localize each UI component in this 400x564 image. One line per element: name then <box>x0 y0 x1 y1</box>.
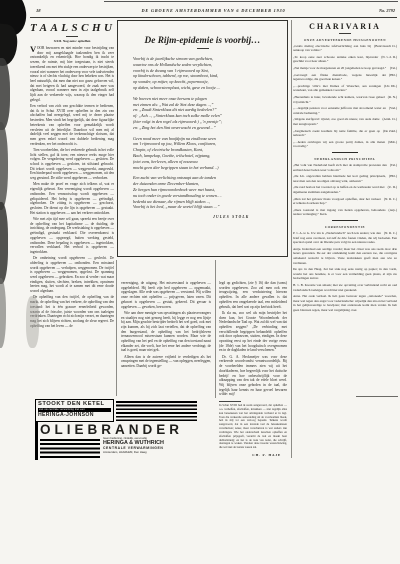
column-rule <box>291 20 292 458</box>
body-paragraph: Men make de proef en vrage zich telkens … <box>30 182 114 215</box>
taalschut-col3-paragraphs: legd op gedichten, (zie § 16) die dan (s… <box>219 281 287 399</box>
taalschut-column-2: vereeniging, de uitgang. Het misverstand… <box>121 281 211 395</box>
charivaria-column: CHARIVARIA ONZE ADVERTEERENDE HUISGENOOT… <box>293 22 397 460</box>
charivaria-item: (N. R. C.)P. v. A. te G. Uw zin is „Nede… <box>293 231 397 245</box>
body-paragraph: Tien voorbeelden, die het verkeerde gebr… <box>30 148 114 181</box>
charivaria-item: (R. N.)„Heerenhuis te huur, bevattende a… <box>293 95 397 104</box>
page-header: 18 DE GROENE AMSTERDAMMER VAN 6 DECEMBER… <box>30 6 397 17</box>
poem-title-dash <box>197 48 209 49</box>
item-quote: „…degelijk pension voor eenzame juffrouw… <box>293 106 386 115</box>
item-source: (U. D.) <box>385 185 397 190</box>
poem-line: Voorbij is het leed, „maar de wortel bli… <box>133 204 287 210</box>
charivaria-item: Anna. Het oude verhaal. Ik heb geen bezw… <box>293 294 397 312</box>
charivaria-item: (Tel.)„Het volk van Nederland heeft zich… <box>293 163 397 172</box>
poem-stanza: Een zucht van verlichting ontsnapt aan d… <box>133 175 287 210</box>
charivaria-item: (Utr. Db.)„…prachtige villa’s met Dames … <box>293 84 397 93</box>
ad-lower-block: OLIEBRANDER Geen bediening, zindelijk, e… <box>35 422 197 460</box>
item-quote: „…heden ontvingen wij een groote partij … <box>293 140 385 149</box>
top-edge-rule <box>104 1 398 2</box>
scan-artifact-blotch <box>0 278 6 348</box>
taalschut-column: TAALSCHUT XXII. Nog eens: opheffen VOOR … <box>30 22 114 393</box>
ad-brand-johnson: HERINGA-JOHNSON <box>38 412 111 418</box>
charivaria-section-items: (Bataviaasch Ct.)„Gratis meting electris… <box>293 44 397 150</box>
item-source: (Hbl.) <box>386 174 397 179</box>
taalschut-col1-paragraphs: Een verbod van zich van geschikte termen… <box>30 104 114 328</box>
poem-stanza: Geen nood meer van hoofdpijn na eindlooz… <box>133 136 287 171</box>
charivaria-item: (De Zuid.)„Jongmensch zoekt kosthuis bij… <box>293 129 397 138</box>
poem-box: De Rijm-epidemie is voorbij… Voorbij is … <box>117 20 288 257</box>
footnote-rule <box>219 401 241 402</box>
ad-top-row: STOOKT DEN KETEL van uw centrale verwarm… <box>35 399 197 422</box>
item-source: (Utr. Db.) <box>381 84 397 89</box>
body-paragraph: Een verbod van zich van geschikte termen… <box>30 104 114 146</box>
item-quote: „De raad besloot het voorstel op te heff… <box>293 185 385 194</box>
newspaper-page: 18 DE GROENE AMSTERDAMMER VAN 6 DECEMBER… <box>0 0 400 564</box>
item-source: (Bataviaasch Ct.) <box>371 44 397 49</box>
item-quote: „Het volk van Nederland heeft zich met d… <box>293 163 387 172</box>
footnote-text: In Schut XVIII had ik reeds aangevoerd, … <box>219 404 287 450</box>
item-source: (Tel.) <box>387 163 397 168</box>
ad-strip-label: van uw centrale verwarming met een <box>38 408 111 412</box>
charivaria-item: (U. D.)„De raad besloot het voorstel op … <box>293 185 397 194</box>
oliebrander-advertisement: STOOKT DEN KETEL van uw centrale verwarm… <box>35 399 197 463</box>
charivaria-section-header: NEDERLANDSCH PRINCIPIEEL <box>293 157 397 161</box>
poem-line: mocht geen dier begrippen staan in het v… <box>133 165 287 171</box>
ad-product-name: OLIEBRANDER <box>40 422 197 437</box>
body-paragraph: De opheffing van den twijfel, de opheffi… <box>30 295 114 328</box>
body-paragraph: Ik sla nu, zoo wel als mijn bestrijder h… <box>219 311 287 353</box>
charivaria-item: (N. R. C.)„Men zal het gebouw thans voor… <box>293 197 397 206</box>
charivaria-item: (Avp.)„Deze toestand is met ingang van h… <box>293 208 397 217</box>
charivaria-item: (Hbl.)„Gevraagd een flinke dienstbode, w… <box>293 73 397 82</box>
item-source: (Arnh. Ct.) <box>379 117 397 122</box>
charivaria-section-items: (N. R. C.)P. v. A. te G. Uw zin is „Nede… <box>293 231 397 313</box>
issue-number: No. 2792 <box>379 8 395 13</box>
item-quote: „Jongmensch zoekt kosthuis bij nette fam… <box>293 129 380 138</box>
item-source: (Msb.) <box>385 140 397 145</box>
poem-line: en: „Zing het den Sint onverwacht en gew… <box>133 125 287 131</box>
charivaria-title: CHARIVARIA <box>293 22 397 31</box>
charivaria-item: (N. v. d. D.)„Te koop eene zeer schoone … <box>293 55 397 64</box>
taalschut-subtitle: XXII. Nog eens: opheffen <box>30 39 114 43</box>
drop-cap: V <box>30 46 37 53</box>
charivaria-item: (Arnh. Ct.)„Wegens sterfgeval: rijwiel, … <box>293 117 397 126</box>
charivaria-section-items: (Tel.)„Het volk van Nederland heeft zich… <box>293 163 397 217</box>
title-dash <box>66 36 78 37</box>
item-quote: „Deze toestand is met ingang van heden o… <box>293 208 386 217</box>
body-paragraph: Wie aan deze menigte van opvattingen als… <box>121 311 211 353</box>
ad-cities: Amsterdam, HAARLEM, Den Haag <box>103 450 197 454</box>
column-rule <box>215 260 216 398</box>
charivaria-section-header: ONZE ADVERTEERENDE HUISGENOOTEN <box>293 38 397 42</box>
item-quote: „Te koop eene zeer schoone antieke eiken… <box>293 55 378 64</box>
poem-line: op daken, schoorsteenplaat, wicht, gave … <box>133 85 287 91</box>
body-paragraph: Dr. G. A. Heckmeijer was voor deze verke… <box>219 355 287 397</box>
scan-artifact-smudge <box>26 296 39 348</box>
item-quote: Anna. Het oude verhaal. Ik heb geen bezw… <box>293 294 397 312</box>
article-signature: CH. F. HAJE <box>219 453 281 457</box>
taalschut-column-3: legd op gedichten, (zie § 16) die dan (s… <box>219 281 287 473</box>
charivaria-dash <box>339 33 351 34</box>
body-paragraph: De omheining wordt opgeheven — geslecht.… <box>30 256 114 294</box>
item-quote: H. v. B. Kwestie van smaak; met uw opvat… <box>293 283 397 292</box>
item-quote: „Gratis meting electrische tafelverlicht… <box>293 44 371 53</box>
poem-signature: JULES STOLK <box>213 215 287 219</box>
item-quote: „Heerenhuis te huur, bevattende acht kam… <box>293 95 385 104</box>
ad-stripes-decoration <box>40 439 100 458</box>
taalschut-intro-text: OOR bezwaren en niet minder voor bestrij… <box>30 46 114 102</box>
charivaria-item: H. v. B. Kwestie van smaak; met uw opvat… <box>293 283 397 292</box>
taalschut-intro-paragraph: VOOR bezwaren en niet minder voor bestri… <box>30 46 114 102</box>
ad-company-block: Geen bediening, zindelijk, eenvoudig HER… <box>100 437 197 460</box>
item-quote: „Wegens sterfgeval: rijwiel, zoo goed al… <box>293 117 379 126</box>
column-rule <box>116 260 117 396</box>
item-quote: Antje. Inderdaad een aardige vondst; maa… <box>293 247 397 265</box>
scan-artifact-line <box>356 396 398 397</box>
body-paragraph: Wie met zijn tijd mee wil gaan, spreekt … <box>30 217 114 255</box>
item-source: (N. R. C.) <box>381 197 397 202</box>
poem-stanza: We hoeven niet meer onze hersens te plag… <box>133 96 287 131</box>
item-source: (De Zuid.) <box>380 129 397 134</box>
item-source: (Hbl.) <box>386 73 397 78</box>
item-quote: De spr. in den Haag. Zet het stuk nog ee… <box>293 267 397 280</box>
item-source: (N. v. d. D.) <box>378 55 397 60</box>
ad-brand-box: STOOKT DEN KETEL van uw centrale verwarm… <box>35 399 114 422</box>
item-quote: „De h.h. ongevallen hebben hiermede het … <box>293 174 386 183</box>
masthead: DE GROENE AMSTERDAMMER VAN 6 DECEMBER 19… <box>30 8 397 13</box>
charivaria-item: (Vad.)„…degelijk pension voor eenzame ju… <box>293 106 397 115</box>
charivaria-item: Antje. Inderdaad een aardige vondst; maa… <box>293 247 397 265</box>
taalschut-title: TAALSCHUT <box>30 22 114 34</box>
poem-stanza: Voorbij is de jaarlijksche stroom van ge… <box>133 56 287 91</box>
charivaria-section-header: CORRESPONDENTIE <box>293 225 397 229</box>
body-paragraph: legd op gedichten, (zie § 16) die dan (s… <box>219 281 287 309</box>
header-rule <box>30 17 397 18</box>
body-paragraph: Alleen dan is de zuivere vrijheid te ver… <box>121 355 211 369</box>
item-source: (R. N.) <box>385 95 397 100</box>
item-quote: „…prachtige villa’s met Dames of Wassche… <box>293 84 381 93</box>
item-source: (Tel.) <box>387 66 397 71</box>
body-paragraph: vereeniging, de uitgang. Het misverstand… <box>121 281 211 309</box>
poem-body: Voorbij is de jaarlijksche stroom van ge… <box>118 56 287 219</box>
section-divider <box>332 220 358 221</box>
charivaria-item: (Msb.)„…heden ontvingen wij een groote p… <box>293 140 397 149</box>
item-quote: „Gevraagd een flinke dienstbode, wegens … <box>293 73 386 82</box>
scan-artifact-blotch <box>0 58 10 130</box>
charivaria-item: (Bataviaasch Ct.)„Gratis meting electris… <box>293 44 397 53</box>
poem-title: De Rijm-epidemie is voorbij… <box>118 36 287 46</box>
charivaria-item: De spr. in den Haag. Zet het stuk nog ee… <box>293 267 397 281</box>
ad-stripes-decoration <box>116 401 197 421</box>
ad-bottom-row: Geen bediening, zindelijk, eenvoudig HER… <box>40 437 197 460</box>
ad-headline: STOOKT DEN KETEL <box>38 401 111 407</box>
item-quote: „Men zal het gebouw thans voorgoed ophef… <box>293 197 381 206</box>
section-divider <box>332 152 358 153</box>
scan-artifact-blotch <box>0 202 8 284</box>
item-source: (Avp.) <box>386 208 397 213</box>
item-source: (Vad.) <box>386 106 397 111</box>
scan-artifact-blotch <box>0 122 8 210</box>
charivaria-item: (Tel.)„Net meisje voor de morgenuren en … <box>293 66 397 71</box>
item-quote: „Net meisje voor de morgenuren en 20 jon… <box>293 66 386 70</box>
charivaria-item: (Hbl.)„De h.h. ongevallen hebben hiermed… <box>293 174 397 183</box>
